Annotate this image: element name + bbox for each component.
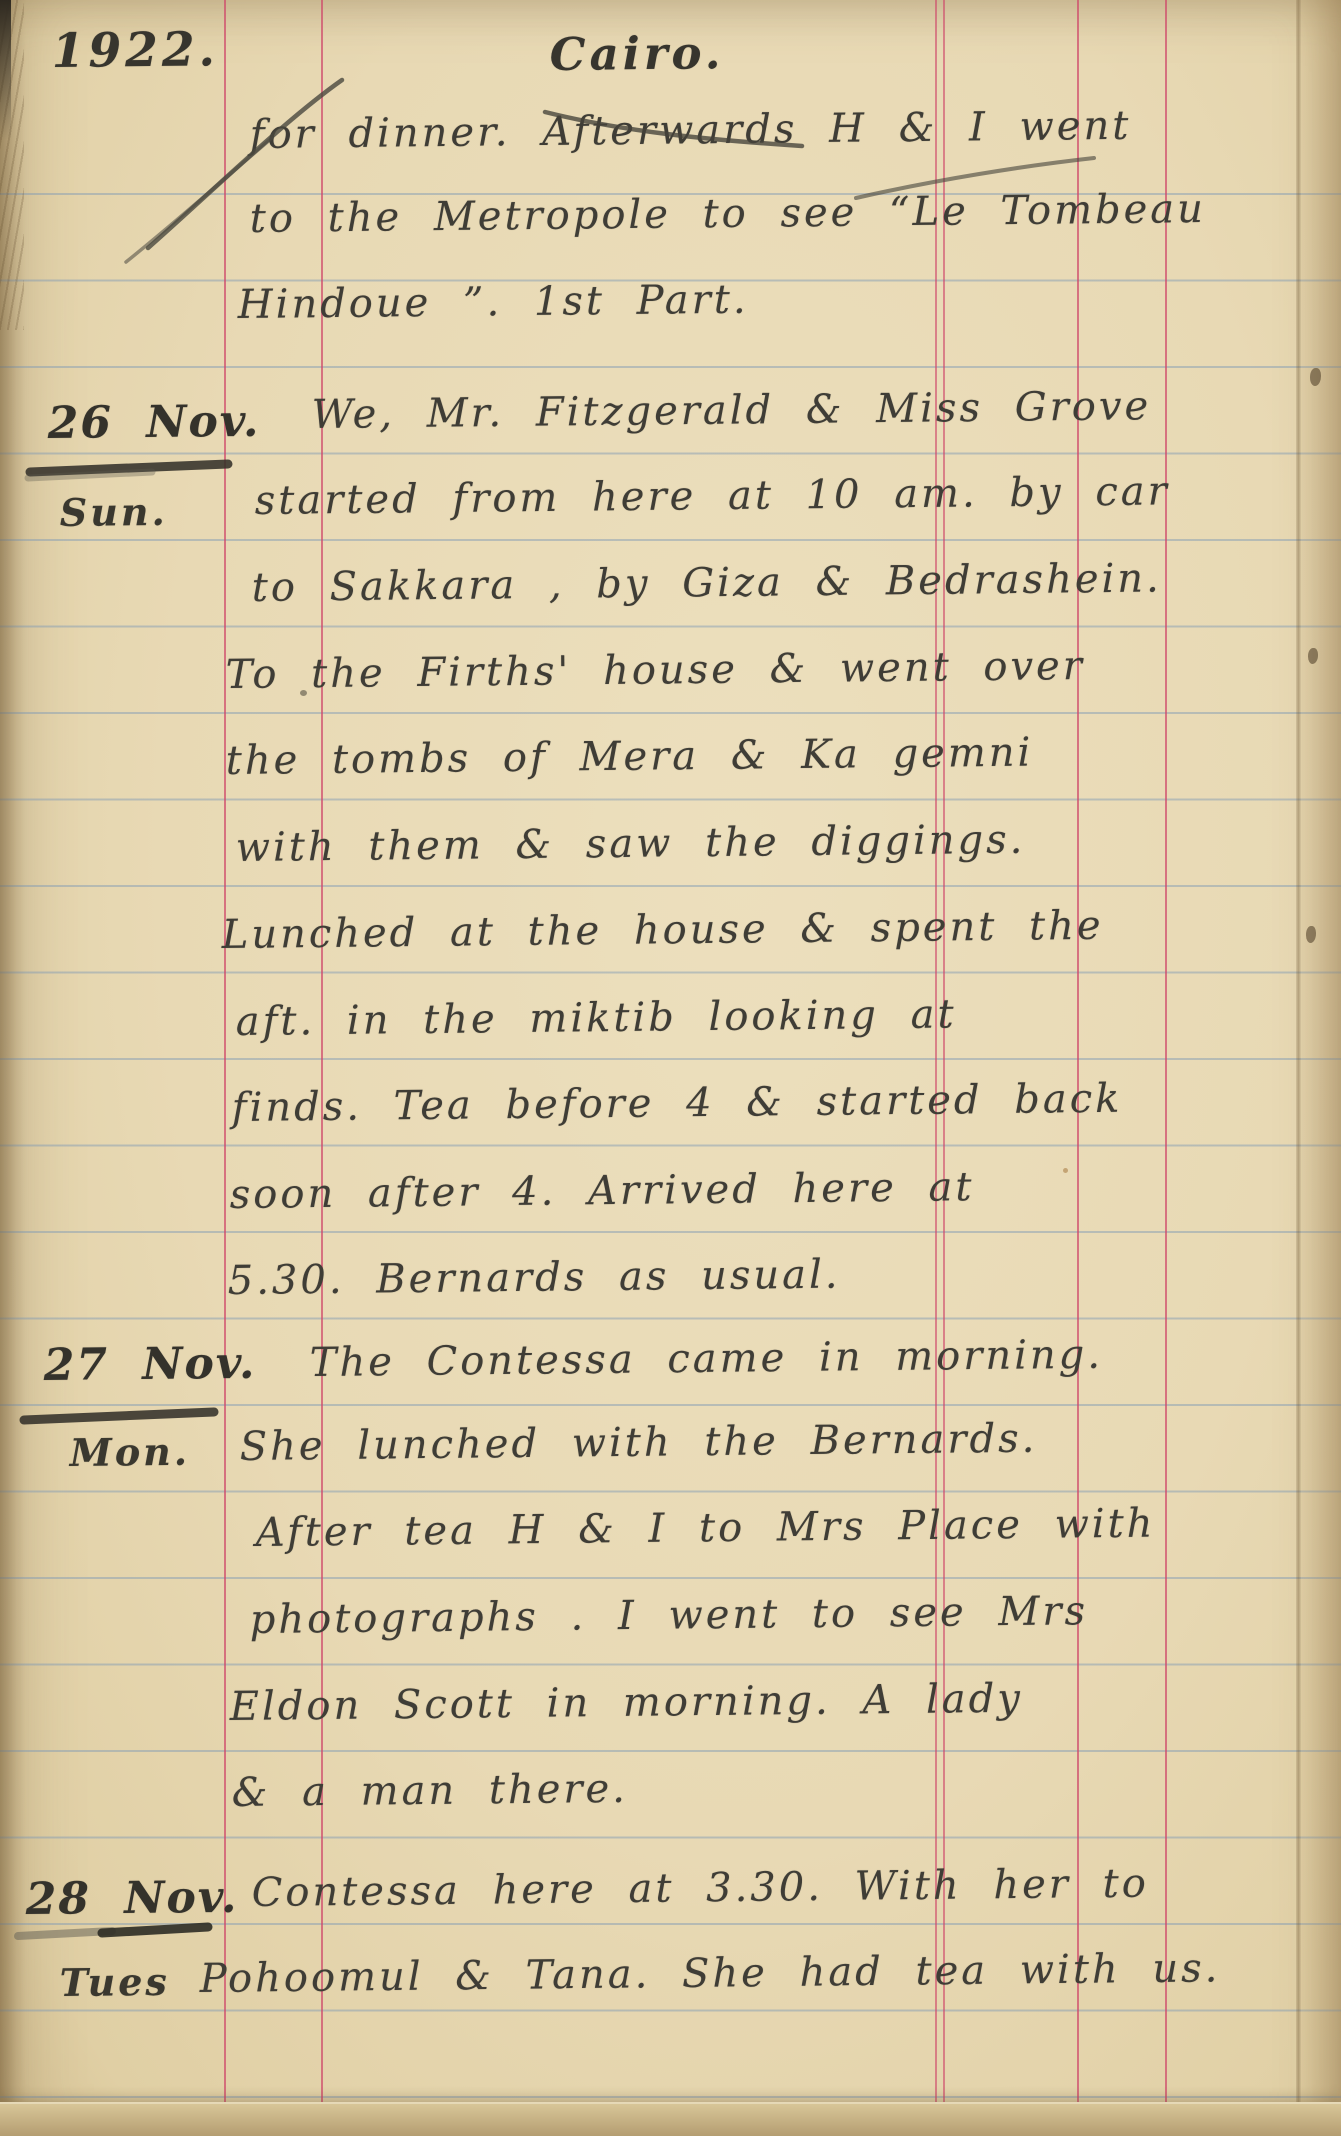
- diary-line: & a man there.: [232, 1766, 629, 1816]
- page-corner-shadow: [0, 0, 11, 140]
- diary-line: After tea H & I to Mrs Place with: [256, 1501, 1156, 1556]
- place-title: Cairo.: [549, 26, 724, 81]
- entry-date: 27 Nov.: [43, 1338, 256, 1391]
- paper-freckle: [1063, 1168, 1068, 1173]
- diary-line: Pohoomul & Tana. She had tea with us.: [200, 1945, 1221, 2002]
- margin-line-right-3: [1165, 0, 1167, 2104]
- book-bottom-edge: [0, 2102, 1341, 2136]
- diary-line: aft. in the miktib looking at: [236, 991, 957, 1045]
- entry-day: Sun.: [60, 489, 168, 535]
- diary-line: She lunched with the Bernards.: [240, 1416, 1038, 1470]
- entry-day: Mon.: [70, 1429, 191, 1475]
- diary-line: finds. Tea before 4 & started back: [232, 1076, 1123, 1131]
- diary-line: We, Mr. Fitzgerald & Miss Grove: [312, 383, 1152, 438]
- entry-date: 26 Nov.: [47, 396, 260, 449]
- diary-line: the tombs of Mera & Ka gemni: [226, 730, 1034, 784]
- diary-line: to Sakkara , by Giza & Bedrashein.: [252, 555, 1162, 611]
- diary-line: with them & saw the diggings.: [236, 817, 1026, 871]
- page-right-edge: [1301, 0, 1341, 2104]
- diary-line: To the Firths' house & went over: [226, 643, 1086, 698]
- entry-day: Tues: [60, 1959, 170, 2005]
- margin-line-right-2: [1077, 0, 1079, 2104]
- margin-line-right-1b: [943, 0, 945, 2104]
- margin-line-right-1a: [935, 0, 937, 2104]
- year-label: 1922.: [51, 22, 219, 79]
- diary-line: for dinner. Afterwards H & I went: [250, 103, 1132, 158]
- entry-date: 28 Nov.: [25, 1872, 238, 1925]
- diary-line: Eldon Scott in morning. A lady: [230, 1676, 1024, 1730]
- diary-line: started from here at 10 am. by car: [255, 468, 1170, 524]
- diary-line: 5.30. Bernards as usual.: [228, 1252, 841, 1304]
- diary-line: The Contessa came in morning.: [310, 1332, 1104, 1386]
- diary-line: to the Metropole to see “Le Tombeau: [250, 186, 1207, 242]
- diary-line: Lunched at the house & spent the: [222, 903, 1104, 958]
- margin-line-left-1: [224, 0, 226, 2104]
- diary-line: Contessa here at 3.30. With her to: [252, 1861, 1149, 1916]
- diary-page: 1922. Cairo. for dinner. Afterwards H & …: [0, 0, 1341, 2136]
- diary-line: photographs . I went to see Mrs: [250, 1588, 1089, 1643]
- diary-line: Hindoue ”. 1st Part.: [238, 277, 749, 328]
- diary-line: soon after 4. Arrived here at: [230, 1164, 975, 1218]
